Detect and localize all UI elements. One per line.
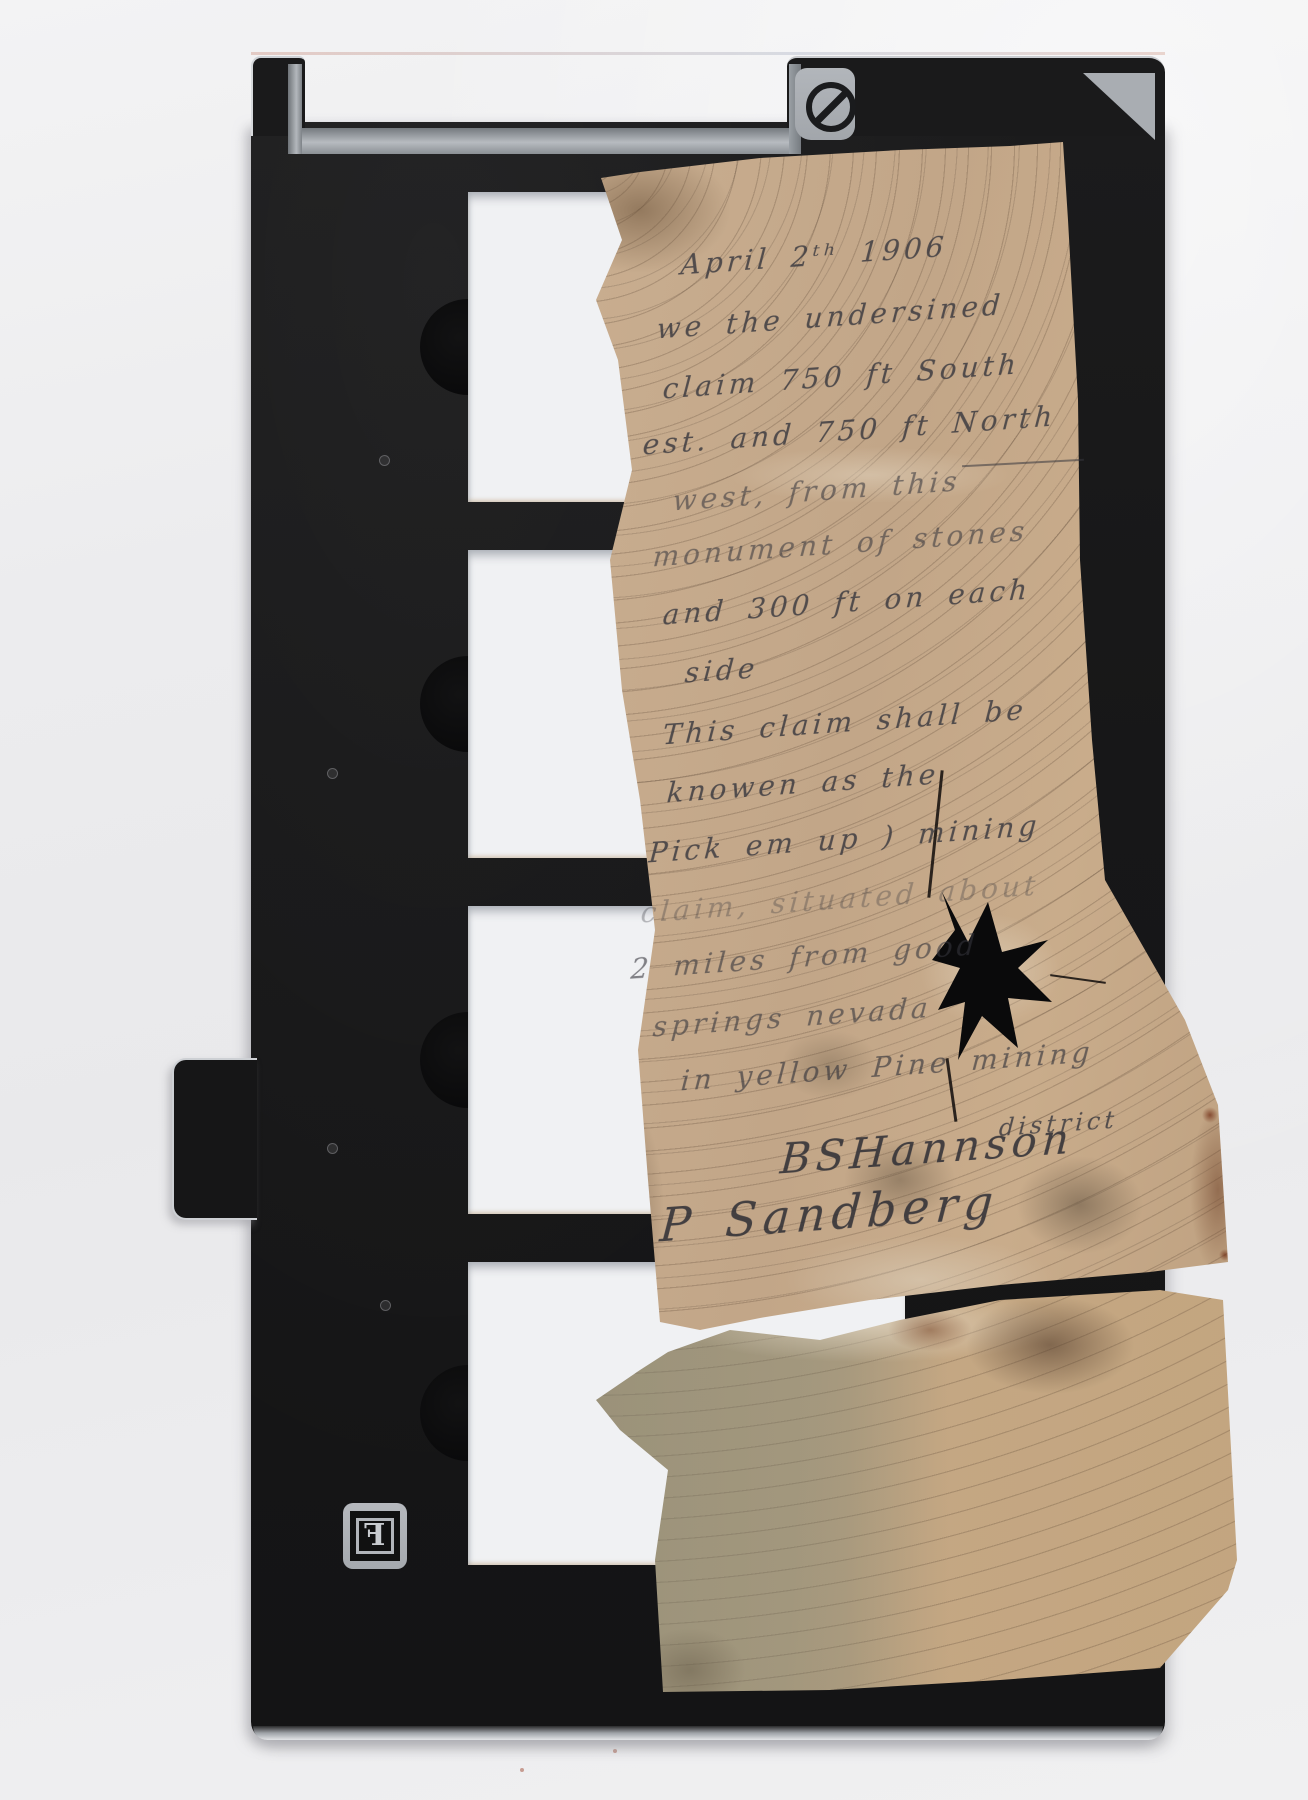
handwriting-line: side [684, 651, 760, 689]
holder-bottom-bevel [253, 1726, 1163, 1740]
film-holder-channel-left-riser [288, 64, 302, 154]
scanned-image: F April 2ᵗʰ 1906 we the undersined claim… [0, 0, 1308, 1800]
scan-color-fringe [251, 52, 1165, 55]
no-film-icon [806, 82, 856, 132]
molding-pin-mark [379, 455, 390, 466]
f-marker-ring: F [356, 1518, 394, 1554]
dust-speck [613, 1749, 617, 1753]
molding-pin-mark [380, 1300, 391, 1311]
mirrored-f-marker: F [343, 1503, 407, 1569]
holder-side-tab [172, 1058, 257, 1220]
dust-speck [520, 1768, 524, 1772]
molding-pin-mark [327, 768, 338, 779]
f-marker-letter: F [364, 1521, 385, 1551]
molding-pin-mark [327, 1143, 338, 1154]
handwritten-note: April 2ᵗʰ 1906 we the undersined claim 7… [570, 130, 1260, 1710]
